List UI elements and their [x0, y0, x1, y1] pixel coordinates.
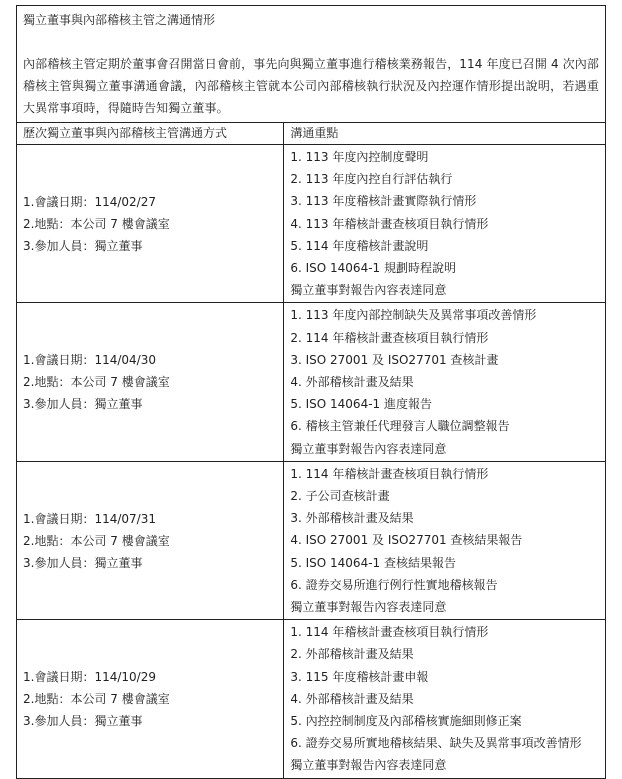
topic-item: 5. ISO 14064-1 查核結果報告	[290, 552, 599, 574]
meeting-date: 1.會議日期：114/07/31	[23, 508, 277, 530]
meeting-info-cell: 1.會議日期：114/07/31 2.地點：本公司 7 樓會議室 3.參加人員：…	[17, 461, 284, 619]
topic-item: 5. 內控控制制度及內部稽核實施細則修正案	[290, 710, 599, 732]
topic-item: 4. 外部稽核計畫及結果	[290, 371, 599, 393]
section-title: 獨立董事與內部稽核主管之溝通情形	[23, 9, 599, 31]
meeting-row: 1.會議日期：114/07/31 2.地點：本公司 7 樓會議室 3.參加人員：…	[17, 461, 606, 619]
topic-item: 6. 證券交易所進行例行性實地稽核報告	[290, 574, 599, 596]
meeting-info-cell: 1.會議日期：114/04/30 2.地點：本公司 7 樓會議室 3.參加人員：…	[17, 303, 284, 461]
header-row: 歷次獨立董事與內部稽核主管溝通方式 溝通重點	[17, 123, 606, 145]
meeting-location: 2.地點：本公司 7 樓會議室	[23, 688, 277, 710]
meeting-topics-cell: 1. 113 年度內部控制缺失及異常事項改善情形 2. 114 年稽核計畫查核項…	[284, 303, 606, 461]
topic-item: 4. ISO 27001 及 ISO27701 查核結果報告	[290, 529, 599, 551]
meeting-location: 2.地點：本公司 7 樓會議室	[23, 213, 277, 235]
meeting-location: 2.地點：本公司 7 樓會議室	[23, 530, 277, 552]
topic-item: 1. 113 年度內部控制缺失及異常事項改善情形	[290, 304, 599, 326]
topic-item: 6. 稽核主管兼任代理發言人職位調整報告	[290, 415, 599, 437]
meeting-date: 1.會議日期：114/04/30	[23, 349, 277, 371]
meeting-info-cell: 1.會議日期：114/10/29 2.地點：本公司 7 樓會議室 3.參加人員：…	[17, 620, 284, 778]
topic-item: 3. 113 年度稽核計畫實際執行情形	[290, 190, 599, 212]
topic-item: 6. ISO 14064-1 規劃時程說明	[290, 257, 599, 279]
topic-item: 4. 113 年稽核計畫查核項目執行情形	[290, 213, 599, 235]
meeting-row: 1.會議日期：114/10/29 2.地點：本公司 7 樓會議室 3.參加人員：…	[17, 620, 606, 778]
topic-item: 6. 證券交易所實地稽核結果、缺失及異常事項改善情形	[290, 732, 599, 754]
topic-conclusion: 獨立董事對報告內容表達同意	[290, 438, 599, 460]
topic-item: 2. 子公司查核計畫	[290, 485, 599, 507]
header-method: 歷次獨立董事與內部稽核主管溝通方式	[17, 123, 284, 145]
meeting-attendees: 3.參加人員：獨立董事	[23, 235, 277, 257]
topic-item: 1. 114 年稽核計畫查核項目執行情形	[290, 621, 599, 643]
topic-item: 3. 115 年度稽核計畫申報	[290, 666, 599, 688]
meeting-location: 2.地點：本公司 7 樓會議室	[23, 371, 277, 393]
topic-conclusion: 獨立董事對報告內容表達同意	[290, 754, 599, 776]
intro-row: 獨立董事與內部稽核主管之溝通情形 內部稽核主管定期於董事會召開當日會前，事先向與…	[17, 6, 606, 123]
meeting-attendees: 3.參加人員：獨立董事	[23, 552, 277, 574]
topic-item: 2. 114 年稽核計畫查核項目執行情形	[290, 327, 599, 349]
topic-item: 5. ISO 14064-1 進度報告	[290, 393, 599, 415]
meeting-date: 1.會議日期：114/10/29	[23, 666, 277, 688]
communication-table: 獨立董事與內部稽核主管之溝通情形 內部稽核主管定期於董事會召開當日會前，事先向與…	[16, 5, 606, 779]
topic-item: 3. ISO 27001 及 ISO27701 查核計畫	[290, 349, 599, 371]
intro-paragraph: 內部稽核主管定期於董事會召開當日會前，事先向與獨立董事進行稽核業務報告，114 …	[23, 53, 599, 119]
header-focus: 溝通重點	[284, 123, 606, 145]
meeting-row: 1.會議日期：114/04/30 2.地點：本公司 7 樓會議室 3.參加人員：…	[17, 303, 606, 461]
meeting-topics-cell: 1. 114 年稽核計畫查核項目執行情形 2. 子公司查核計畫 3. 外部稽核計…	[284, 461, 606, 619]
topic-item: 2. 113 年度內控自行評估執行	[290, 168, 599, 190]
topic-item: 3. 外部稽核計畫及結果	[290, 507, 599, 529]
meeting-attendees: 3.參加人員：獨立董事	[23, 393, 277, 415]
intro-cell: 獨立董事與內部稽核主管之溝通情形 內部稽核主管定期於董事會召開當日會前，事先向與…	[17, 6, 606, 123]
spacer	[23, 31, 599, 53]
meeting-date: 1.會議日期：114/02/27	[23, 191, 277, 213]
meeting-topics-cell: 1. 114 年稽核計畫查核項目執行情形 2. 外部稽核計畫及結果 3. 115…	[284, 620, 606, 778]
topic-item: 1. 114 年稽核計畫查核項目執行情形	[290, 463, 599, 485]
meeting-row: 1.會議日期：114/02/27 2.地點：本公司 7 樓會議室 3.參加人員：…	[17, 145, 606, 303]
meeting-attendees: 3.參加人員：獨立董事	[23, 710, 277, 732]
topic-item: 5. 114 年度稽核計畫說明	[290, 235, 599, 257]
topic-conclusion: 獨立董事對報告內容表達同意	[290, 596, 599, 618]
topic-item: 1. 113 年度內控制度聲明	[290, 146, 599, 168]
topic-item: 2. 外部稽核計畫及結果	[290, 643, 599, 665]
meeting-topics-cell: 1. 113 年度內控制度聲明 2. 113 年度內控自行評估執行 3. 113…	[284, 145, 606, 303]
topic-item: 4. 外部稽核計畫及結果	[290, 688, 599, 710]
topic-conclusion: 獨立董事對報告內容表達同意	[290, 279, 599, 301]
meeting-info-cell: 1.會議日期：114/02/27 2.地點：本公司 7 樓會議室 3.參加人員：…	[17, 145, 284, 303]
